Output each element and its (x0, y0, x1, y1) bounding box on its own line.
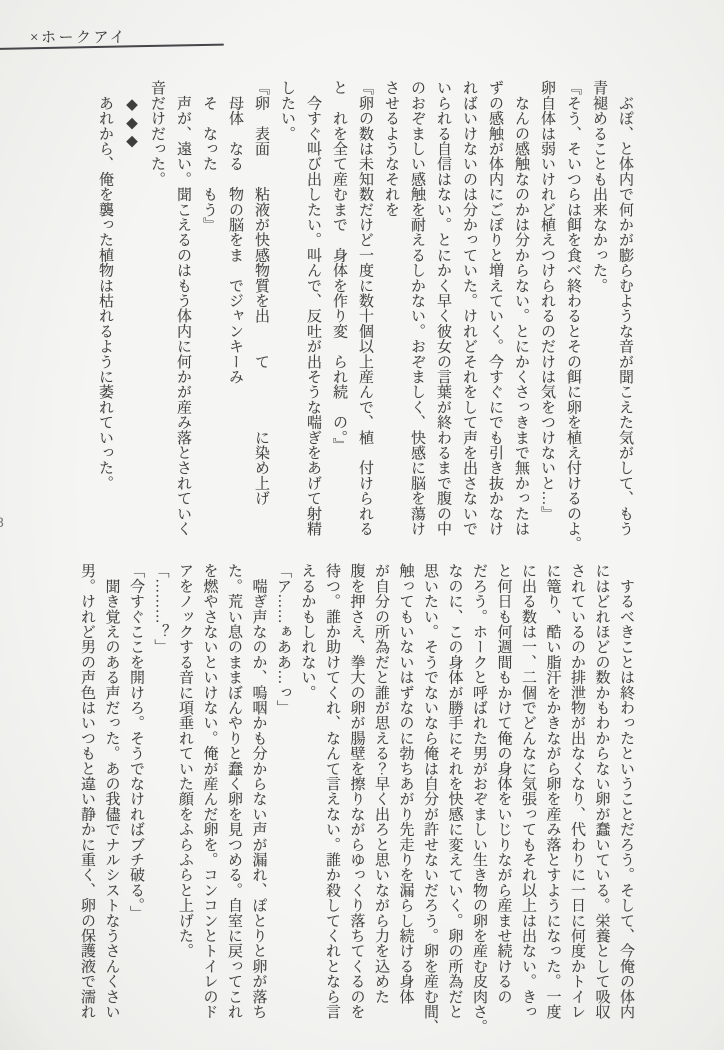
text-column-line: ずの感触が体内にごぽりと増えていく。今すぐにでも引き抜かなけ (482, 80, 508, 546)
text-column-line: 待つ。誰か助けてくれ、なんて言えない。誰か殺してくれとなら言 (320, 563, 345, 1035)
text-column-line: いられる自信はない。とにかく早く彼女の言葉が終わるまで腹の中 (430, 80, 456, 546)
text-column-line: を燃やさないといけない。俺が産んだ卵を。コンコンとトイレのド (197, 563, 222, 1035)
text-column-line: なんの感触なのかは分からない。とにかくさっきまで無かったは (508, 80, 534, 546)
top-text-block: ぶぽ、と体内で何かが膨らむような音が聞こえた気がして、もう青褪めることも出来なか… (92, 80, 638, 546)
text-column-line: 青褪めることも出来なかった。 (586, 80, 612, 546)
text-column-line: 今すぐ叫び出したい。叫んで、反吐が出そうな喘ぎをあげて射精 (300, 80, 326, 546)
text-column-line: 「ア……ぁああ…っ」 (271, 563, 296, 1035)
text-column-line: に出る数は一、二個でどんなに気張ってもそれ以上は出ない。きっ (516, 563, 541, 1035)
text-column-line: に篭り、酷い脂汗をかきながら卵を産み落とすようになった。一度 (540, 563, 565, 1035)
text-column-line: 『そう、そいつらは餌を食べ終わるとその餌に卵を植え付けるのよ。 (560, 80, 586, 546)
text-column-line: 喘ぎ声なのか、嗚咽かも分からない声が漏れ、ぽとりと卵が落ち (246, 563, 271, 1035)
text-column-line: されているのか排泄物が出なくなり、代わりに一日に何度かトイレ (565, 563, 590, 1035)
text-column-line: アをノックする音に項垂れていた顔をふらふらと上げた。 (173, 563, 198, 1035)
bottom-text-block: するべきことは終わったということだろう。そして、今俺の体内にはどれほどの数かもわ… (75, 563, 639, 1035)
text-column-line: そ なった もう』 (196, 80, 222, 546)
text-column-line: 思いたい。そうでないなら俺は自分が許せないだろう。卵を産む間、 (418, 563, 443, 1035)
text-column-line: するべきことは終わったということだろう。そして、今俺の体内 (614, 563, 639, 1035)
text-column-line: た。荒い息のままぼんやりと蠢く卵を見つめる。自室に戻ってこれ (222, 563, 247, 1035)
page-number: 8 (0, 514, 4, 530)
text-column-line: なのに、この身体が勝手にそれを快感に変えていく。卵の所為だと (442, 563, 467, 1035)
text-column-line: 卵自体は弱いけれど植えつけられるのだけは気をつけないと…』 (534, 80, 560, 546)
text-column-line: 母体 なる 物の脳をま でジャンキーみ (222, 80, 248, 546)
text-column-line: が自分の所為だと誰が思える？早く出ろと思いながら力を込めた (369, 563, 394, 1035)
text-column-line: えるかもしれない。 (295, 563, 320, 1035)
page-title: ×ホークアイ (30, 26, 127, 47)
text-column-line: させるようなそれを (378, 80, 404, 546)
text-column-line: 触ってもいないはずなのに勃ちあがり先走りを漏らし続ける身体 (393, 563, 418, 1035)
text-column-line: 声が、遠い。聞こえるのはもう体内に何かが産み落とされていく (170, 80, 196, 546)
text-column-line: と何日も何週間もかけて俺の身体をいじりながら産ませ続けるの (491, 563, 516, 1035)
text-column-line: 音だけだった。 (144, 80, 170, 546)
text-column-line: 腹を押さえ、拳大の卵が腸壁を擦りながらゆっくり落ちてくるのを (344, 563, 369, 1035)
text-column-line: 男。けれど男の声色はいつもと違い静かに重く、卵の保護液で濡れ (75, 563, 100, 1035)
text-column-line: ればいけないのは分かっていた。けれどそれをして声を出さないで (456, 80, 482, 546)
text-column-line: 「今すぐここを開けろ。そうでなければブチ破る。」 (124, 563, 149, 1035)
text-column-line: したい。 (274, 80, 300, 546)
text-column-line: にはどれほどの数かもわからない卵が蠢いている。栄養として吸収 (589, 563, 614, 1035)
text-column-line: ぶぽ、と体内で何かが膨らむような音が聞こえた気がして、もう (612, 80, 638, 546)
text-column-line: と れを全て産むまで 身体を作り変 られ続 の。』 (326, 80, 352, 546)
text-column-line: だろう。ホークと呼ばれた男がおぞましい生き物の卵を産む皮肉さ。 (467, 563, 492, 1035)
text-column-line: のおぞましい感触を耐えるしかない。おぞましく、快感に脳を蕩け (404, 80, 430, 546)
text-column-line: 『卵 表面 粘液が快感物質を出 て に染め上げ (248, 80, 274, 546)
scanned-novel-page: ×ホークアイ 8 ぶぽ、と体内で何かが膨らむような音が聞こえた気がして、もう青褪… (0, 0, 724, 1050)
text-column-line: 『卵の数は未知数だけど一度に数十個以上産んで、植 付けられる (352, 80, 378, 546)
text-column-line: 聞き覚えのある声だった。あの我儘でナルシストなうさんくさい (99, 563, 124, 1035)
text-column-line: あれから、俺を襲った植物は枯れるように萎れていった。 (92, 80, 118, 546)
text-column-line: 「………？」 (148, 563, 173, 1035)
text-column-line: ◆◆◆ (118, 80, 144, 546)
